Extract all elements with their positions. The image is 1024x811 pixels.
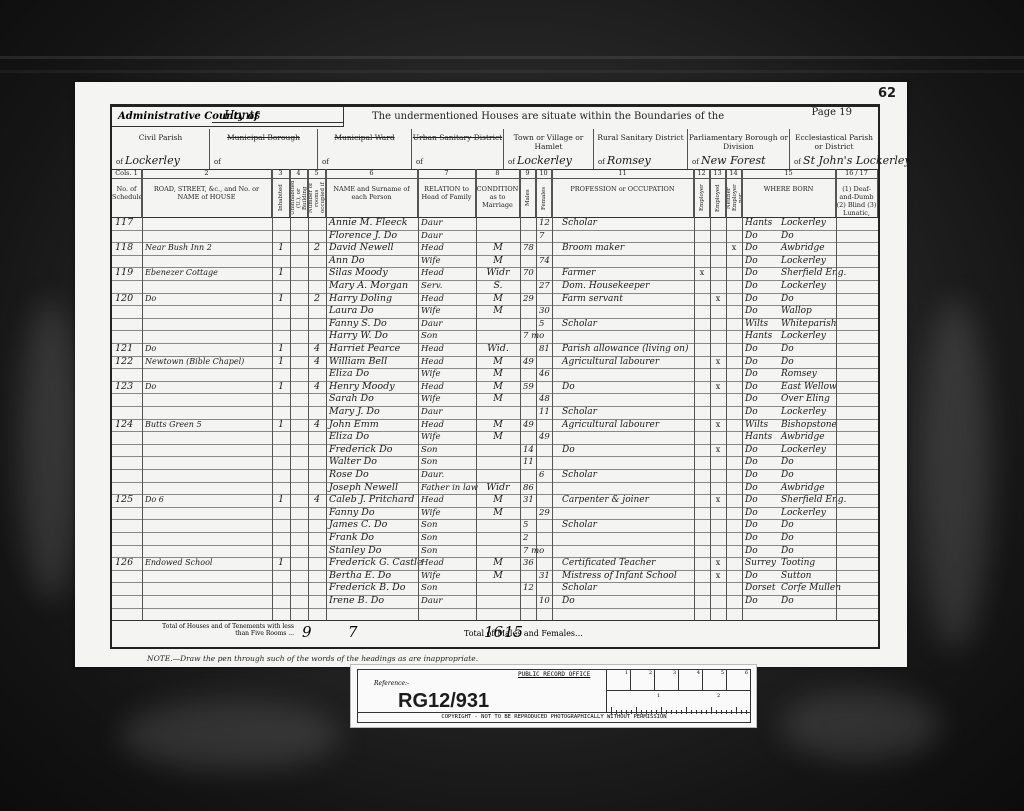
census-row: Rose DoDaur.6ScholarDoDo	[112, 469, 878, 483]
scan-artifact	[0, 70, 1024, 73]
person-name: Harry Doling	[326, 293, 418, 306]
occupation: Agricultural labourer	[552, 419, 694, 432]
schedule-number: 117	[112, 217, 142, 230]
age-male: 49	[520, 356, 536, 369]
age-male: 59	[520, 381, 536, 394]
employment-mark: x	[710, 557, 726, 570]
schedule-number: 125	[112, 494, 142, 507]
relation-to-head: Daur	[418, 217, 476, 230]
ruler-cell: 3	[655, 670, 679, 690]
ruler-label: 1	[657, 693, 660, 699]
birth-place: Lockerley	[778, 507, 836, 520]
column-label: Number of rooms occupied if less than fi…	[308, 181, 326, 215]
grid-line	[836, 169, 837, 621]
age-female: 6	[536, 469, 552, 482]
column-number: 10	[536, 169, 551, 179]
occupation: Carpenter & joiner	[552, 494, 694, 507]
birth-place: Bishopstone	[778, 419, 836, 432]
scan-artifact	[0, 56, 1024, 59]
person-name: Mary A. Morgan	[326, 280, 418, 293]
column-label: Neither Employer nor Employed	[726, 181, 742, 215]
marital-condition: S.	[476, 280, 520, 293]
person-name: James C. Do	[326, 519, 418, 532]
person-name: Joseph Newell	[326, 482, 418, 495]
age-female: 30	[536, 305, 552, 318]
census-row: Joseph NewellFather in lawWidr86DoAwbrid…	[112, 482, 878, 496]
form-header: Administrative County of Hants The under…	[112, 107, 878, 129]
birth-place: Lockerley	[778, 217, 836, 230]
scan-smudge	[20, 300, 80, 600]
birth-place: Sherfield Eng.	[778, 494, 836, 507]
person-name: Frederick G. Castle	[326, 557, 418, 570]
occupation: Do	[552, 595, 694, 608]
marital-condition: M	[476, 419, 520, 432]
district-field-label: Municipal Ward	[318, 133, 411, 142]
relation-to-head: Wife	[418, 305, 476, 318]
reference-label: Reference:-	[374, 680, 409, 687]
occupation: Certificated Teacher	[552, 557, 694, 570]
person-name: Harry W. Do	[326, 330, 418, 343]
houses-inhabited: 1	[272, 494, 290, 507]
birth-county: Do	[742, 393, 776, 406]
age-male: 49	[520, 419, 536, 432]
birth-place: East Wellow	[778, 381, 836, 394]
relation-to-head: Daur	[418, 595, 476, 608]
birth-place: Do	[778, 545, 836, 558]
occupation: Dom. Housekeeper	[552, 280, 694, 293]
form-note: NOTE.—Draw the pen through such of the w…	[147, 654, 478, 663]
house-address: Near Bush Inn 2	[142, 242, 272, 255]
birth-county: Hants	[742, 330, 776, 343]
birth-place: Lockerley	[778, 280, 836, 293]
relation-to-head: Daur.	[418, 469, 476, 482]
district-field-label: Rural Sanitary District	[594, 133, 687, 142]
district-field: Rural Sanitary DistrictRomsey	[594, 129, 688, 169]
column-label: Employer	[699, 181, 705, 215]
page-label: Page 19	[812, 107, 852, 118]
district-field: Town or Village or HamletLockerley	[504, 129, 594, 169]
ruler-cell: 4	[679, 670, 703, 690]
district-field-value	[416, 154, 423, 167]
grid-line	[536, 169, 537, 621]
column-header: 4Uninhabited (U.), or Building (B.)	[290, 169, 308, 217]
age-female: 46	[536, 368, 552, 381]
birth-county: Hants	[742, 217, 776, 230]
grid-line	[552, 169, 553, 621]
relation-to-head: Son	[418, 444, 476, 457]
age-male: 31	[520, 494, 536, 507]
birth-county: Do	[742, 368, 776, 381]
birth-county: Wilts	[742, 419, 776, 432]
birth-place: Lockerley	[778, 444, 836, 457]
age-female: 48	[536, 393, 552, 406]
district-fields: Civil ParishLockerleyMunicipal BoroughMu…	[112, 129, 878, 170]
reference-number: RG12/931	[398, 690, 489, 713]
birth-place: Lockerley	[778, 255, 836, 268]
age-female: 74	[536, 255, 552, 268]
age-male: 29	[520, 293, 536, 306]
census-row: Frank DoSon2DoDo	[112, 532, 878, 546]
birth-county: Do	[742, 356, 776, 369]
schedule-number: 122	[112, 356, 142, 369]
column-header: 3Inhabited	[272, 169, 290, 217]
birth-county: Do	[742, 242, 776, 255]
house-address: Ebenezer Cottage	[142, 267, 272, 280]
schedule-number: 119	[112, 267, 142, 280]
relation-to-head: Wife	[418, 255, 476, 268]
marital-condition: M	[476, 305, 520, 318]
marital-condition: Widr	[476, 482, 520, 495]
person-name: Eliza Do	[326, 368, 418, 381]
scan-smudge	[120, 700, 340, 770]
person-name: Ann Do	[326, 255, 418, 268]
males-total: 16	[484, 623, 503, 641]
column-label: CONDITION as to Marriage	[476, 179, 519, 209]
relation-to-head: Head	[418, 419, 476, 432]
houses-inhabited: 1	[272, 419, 290, 432]
relation-to-head: Son	[418, 582, 476, 595]
schedule-number: 124	[112, 419, 142, 432]
grid-line	[742, 169, 743, 621]
houses-total-label: Total of Houses and of Tenements with le…	[154, 623, 294, 637]
birth-county: Hants	[742, 431, 776, 444]
relation-to-head: Serv.	[418, 280, 476, 293]
birth-county: Do	[742, 570, 776, 583]
census-row: 125Do 614Caleb J. PritchardHeadM31Carpen…	[112, 494, 878, 508]
birth-place: Sutton	[778, 570, 836, 583]
age-female: 29	[536, 507, 552, 520]
column-header: 10Females	[536, 169, 552, 217]
birth-place: Do	[778, 230, 836, 243]
occupation: Scholar	[552, 519, 694, 532]
person-name: Frederick Do	[326, 444, 418, 457]
marital-condition: M	[476, 381, 520, 394]
column-number: 8	[476, 169, 519, 179]
birth-place: Lockerley	[778, 330, 836, 343]
column-header: Cols. 1No. of Schedule	[112, 169, 142, 217]
census-row: Irene B. DoDaur10DoDoDo	[112, 595, 878, 609]
females-total: 15	[504, 623, 523, 641]
employment-mark: x	[710, 293, 726, 306]
rooms-count: 4	[308, 356, 326, 369]
column-number: 14	[726, 169, 741, 179]
house-address: Do	[142, 343, 272, 356]
employment-mark: x	[726, 242, 742, 255]
age-female: 12	[536, 217, 552, 230]
district-field: Urban Sanitary District	[412, 129, 504, 169]
district-field-label: Parliamentary Borough or Division	[688, 133, 789, 151]
birth-county: Do	[742, 444, 776, 457]
employment-mark: x	[710, 381, 726, 394]
occupation: Farm servant	[552, 293, 694, 306]
age-male: 2	[520, 532, 536, 545]
rooms-count: 4	[308, 343, 326, 356]
ruler-cell: 5	[703, 670, 727, 690]
relation-to-head: Wife	[418, 368, 476, 381]
relation-to-head: Head	[418, 557, 476, 570]
age-female: 81	[536, 343, 552, 356]
column-label: ROAD, STREET, &c., and No. or NAME of HO…	[142, 179, 271, 201]
age-male: 12	[520, 582, 536, 595]
relation-to-head: Son	[418, 456, 476, 469]
person-name: Rose Do	[326, 469, 418, 482]
ruler-label: 2	[717, 693, 720, 699]
birth-place: Wallop	[778, 305, 836, 318]
marital-condition: M	[476, 242, 520, 255]
census-row: 118Near Bush Inn 212David NewellHeadM78B…	[112, 242, 878, 256]
grid-line	[418, 169, 419, 621]
census-row: 124Butts Green 514John EmmHeadM49Agricul…	[112, 419, 878, 433]
person-name: Silas Moody	[326, 267, 418, 280]
relation-to-head: Wife	[418, 393, 476, 406]
person-name: Irene B. Do	[326, 595, 418, 608]
copyright-notice: COPYRIGHT - NOT TO BE REPRODUCED PHOTOGR…	[358, 712, 750, 722]
marital-condition: M	[476, 356, 520, 369]
occupation: Scholar	[552, 318, 694, 331]
houses-inhabited: 1	[272, 381, 290, 394]
census-row: Sarah DoWifeM48DoOver Eling	[112, 393, 878, 407]
houses-total: 9	[302, 623, 312, 641]
grid-line	[726, 169, 727, 621]
age-male: 7 mo	[520, 330, 536, 343]
occupation: Scholar	[552, 582, 694, 595]
census-row: Harry W. DoSon7 moHantsLockerley	[112, 330, 878, 344]
age-female: 27	[536, 280, 552, 293]
birth-place: Over Eling	[778, 393, 836, 406]
occupation: Mistress of Infant School	[552, 570, 694, 583]
age-female: 10	[536, 595, 552, 608]
occupation: Parish allowance (living on)	[552, 343, 694, 356]
ruler-cell: 6	[727, 670, 751, 690]
boundaries-text: The undermentioned Houses are situate wi…	[372, 111, 724, 122]
birth-county: Do	[742, 280, 776, 293]
marital-condition: M	[476, 393, 520, 406]
occupation: Agricultural labourer	[552, 356, 694, 369]
column-header: 2ROAD, STREET, &c., and No. or NAME of H…	[142, 169, 272, 217]
person-name: Harriet Pearce	[326, 343, 418, 356]
birth-county: Do	[742, 482, 776, 495]
house-address: Do	[142, 293, 272, 306]
grid-line	[308, 169, 309, 621]
column-header: 5Number of rooms occupied if less than f…	[308, 169, 326, 217]
marital-condition: M	[476, 293, 520, 306]
column-header: 16 / 17(1) Deaf-and-Dumb (2) Blind (3) L…	[836, 169, 878, 217]
houses-inhabited: 1	[272, 356, 290, 369]
birth-county: Do	[742, 469, 776, 482]
birth-place: Sherfield Eng.	[778, 267, 836, 280]
birth-place: Do	[778, 356, 836, 369]
birth-county: Do	[742, 519, 776, 532]
grid-line	[476, 169, 477, 621]
district-field-label: Urban Sanitary District	[412, 133, 503, 142]
birth-county: Do	[742, 267, 776, 280]
person-name: Eliza Do	[326, 431, 418, 444]
column-header: 6NAME and Surname of each Person	[326, 169, 418, 217]
person-name: Annie M. Fleeck	[326, 217, 418, 230]
relation-to-head: Wife	[418, 507, 476, 520]
district-field-value: St John's Lockerley	[794, 154, 911, 167]
person-name: Mary J. Do	[326, 406, 418, 419]
grid-line	[290, 169, 291, 621]
birth-county: Do	[742, 255, 776, 268]
birth-county: Do	[742, 381, 776, 394]
census-row: 123Do14Henry MoodyHeadM59DoxDoEast Wello…	[112, 381, 878, 395]
birth-place: Lockerley	[778, 406, 836, 419]
schedule-number: 123	[112, 381, 142, 394]
census-row: 126Endowed School1Frederick G. CastleHea…	[112, 557, 878, 571]
column-number: 3	[272, 169, 289, 179]
schedule-number: 118	[112, 242, 142, 255]
column-number: 7	[418, 169, 475, 179]
census-row: Ann DoWifeM74DoLockerley	[112, 255, 878, 269]
rooms-count: 2	[308, 242, 326, 255]
relation-to-head: Son	[418, 545, 476, 558]
column-label: RELATION to Head of Family	[418, 179, 475, 201]
marital-condition: M	[476, 570, 520, 583]
person-name: Caleb J. Pritchard	[326, 494, 418, 507]
ruler-cell: 1	[607, 670, 631, 690]
occupation: Farmer	[552, 267, 694, 280]
person-name: William Bell	[326, 356, 418, 369]
relation-to-head: Head	[418, 343, 476, 356]
marital-condition: Widr	[476, 267, 520, 280]
birth-place: Awbridge	[778, 482, 836, 495]
houses-inhabited: 1	[272, 293, 290, 306]
grid-line	[326, 169, 327, 621]
schedule-number: 121	[112, 343, 142, 356]
column-number: 15	[742, 169, 835, 179]
house-address: Endowed School	[142, 557, 272, 570]
grid-line	[272, 169, 273, 621]
person-name: Frank Do	[326, 532, 418, 545]
relation-to-head: Daur	[418, 230, 476, 243]
birth-county: Do	[742, 456, 776, 469]
folio-number: 62	[878, 86, 896, 101]
employment-mark: x	[710, 570, 726, 583]
district-field: Municipal Ward	[318, 129, 412, 169]
person-name: Stanley Do	[326, 545, 418, 558]
column-number: 13	[710, 169, 725, 179]
column-header: 15WHERE BORN	[742, 169, 836, 217]
census-row: Florence J. DoDaur7DoDo	[112, 230, 878, 244]
census-row: Stanley DoSon7 moDoDo	[112, 545, 878, 559]
census-row: Fanny DoWifeM29DoLockerley	[112, 507, 878, 521]
birth-county: Wilts	[742, 318, 776, 331]
relation-to-head: Head	[418, 356, 476, 369]
person-name: David Newell	[326, 242, 418, 255]
totals-row: Total of Houses and of Tenements with le…	[112, 620, 878, 647]
record-office-label: PUBLIC RECORD OFFICE	[518, 671, 590, 678]
birth-place: Do	[778, 343, 836, 356]
relation-to-head: Wife	[418, 570, 476, 583]
age-male: 11	[520, 456, 536, 469]
census-row: James C. DoSon5ScholarDoDo	[112, 519, 878, 533]
relation-to-head: Son	[418, 519, 476, 532]
age-male: 78	[520, 242, 536, 255]
occupation: Do	[552, 381, 694, 394]
houses-inhabited: 1	[272, 343, 290, 356]
birth-place: Whiteparish	[778, 318, 836, 331]
column-number: 12	[694, 169, 709, 179]
reference-slip: PUBLIC RECORD OFFICE Reference:- RG12/93…	[350, 664, 757, 728]
birth-county: Do	[742, 595, 776, 608]
age-male: 70	[520, 267, 536, 280]
column-label: NAME and Surname of each Person	[326, 179, 417, 201]
house-address: Do 6	[142, 494, 272, 507]
census-row: Eliza DoWifeM46DoRomsey	[112, 368, 878, 382]
houses-inhabited: 1	[272, 557, 290, 570]
column-label: Uninhabited (U.), or Building (B.)	[290, 181, 308, 215]
relation-to-head: Daur	[418, 406, 476, 419]
marital-condition: M	[476, 557, 520, 570]
employment-mark: x	[710, 494, 726, 507]
column-label: WHERE BORN	[742, 179, 835, 193]
census-row: Eliza DoWifeM49HantsAwbridge	[112, 431, 878, 445]
schedule-number: 120	[112, 293, 142, 306]
marital-condition: M	[476, 494, 520, 507]
employment-mark: x	[710, 444, 726, 457]
column-label: Inhabited	[278, 181, 284, 215]
birth-place: Awbridge	[778, 242, 836, 255]
birth-county: Do	[742, 293, 776, 306]
census-row: Mary J. DoDaur11ScholarDoLockerley	[112, 406, 878, 420]
scan-smudge	[920, 300, 990, 650]
age-male: 5	[520, 519, 536, 532]
census-row: Bertha E. DoWifeM31Mistress of Infant Sc…	[112, 570, 878, 584]
relation-to-head: Head	[418, 242, 476, 255]
census-form: Administrative County of Hants The under…	[110, 104, 880, 649]
district-field: Ecclesiastical Parish or DistrictSt John…	[790, 129, 878, 169]
column-header: 14Neither Employer nor Employed	[726, 169, 742, 217]
relation-to-head: Daur	[418, 318, 476, 331]
birth-county: Dorset	[742, 582, 776, 595]
ruler-cell: 2	[631, 670, 655, 690]
person-name: Walter Do	[326, 456, 418, 469]
house-address: Butts Green 5	[142, 419, 272, 432]
person-name: John Emm	[326, 419, 418, 432]
column-number: 2	[142, 169, 271, 179]
census-row: Mary A. MorganServ.S.27Dom. HousekeeperD…	[112, 280, 878, 294]
census-row: 122Newtown (Bible Chapel)14William BellH…	[112, 356, 878, 370]
marital-condition: M	[476, 368, 520, 381]
district-field: Municipal Borough	[210, 129, 318, 169]
admin-county-value: Hants	[212, 108, 344, 123]
census-sheet: Administrative County of Hants The under…	[75, 82, 907, 667]
column-number: 4	[290, 169, 307, 179]
rooms-count: 4	[308, 381, 326, 394]
column-header: 7RELATION to Head of Family	[418, 169, 476, 217]
person-name: Bertha E. Do	[326, 570, 418, 583]
relation-to-head: Head	[418, 381, 476, 394]
relation-to-head: Son	[418, 330, 476, 343]
person-name: Laura Do	[326, 305, 418, 318]
birth-place: Do	[778, 456, 836, 469]
district-field-label: Civil Parish	[112, 133, 209, 142]
employment-mark: x	[710, 356, 726, 369]
grid-line	[142, 169, 143, 621]
grid-line	[710, 169, 711, 621]
birth-county: Do	[742, 545, 776, 558]
age-male: 36	[520, 557, 536, 570]
marital-condition: Wid.	[476, 343, 520, 356]
birth-place: Tooting	[778, 557, 836, 570]
district-field-value: Lockerley	[508, 154, 572, 167]
birth-place: Awbridge	[778, 431, 836, 444]
census-row: 119Ebenezer Cottage1Silas MoodyHeadWidr7…	[112, 267, 878, 281]
marital-condition: M	[476, 431, 520, 444]
column-number: 16 / 17	[836, 169, 877, 179]
district-field-label: Municipal Borough	[210, 133, 317, 142]
